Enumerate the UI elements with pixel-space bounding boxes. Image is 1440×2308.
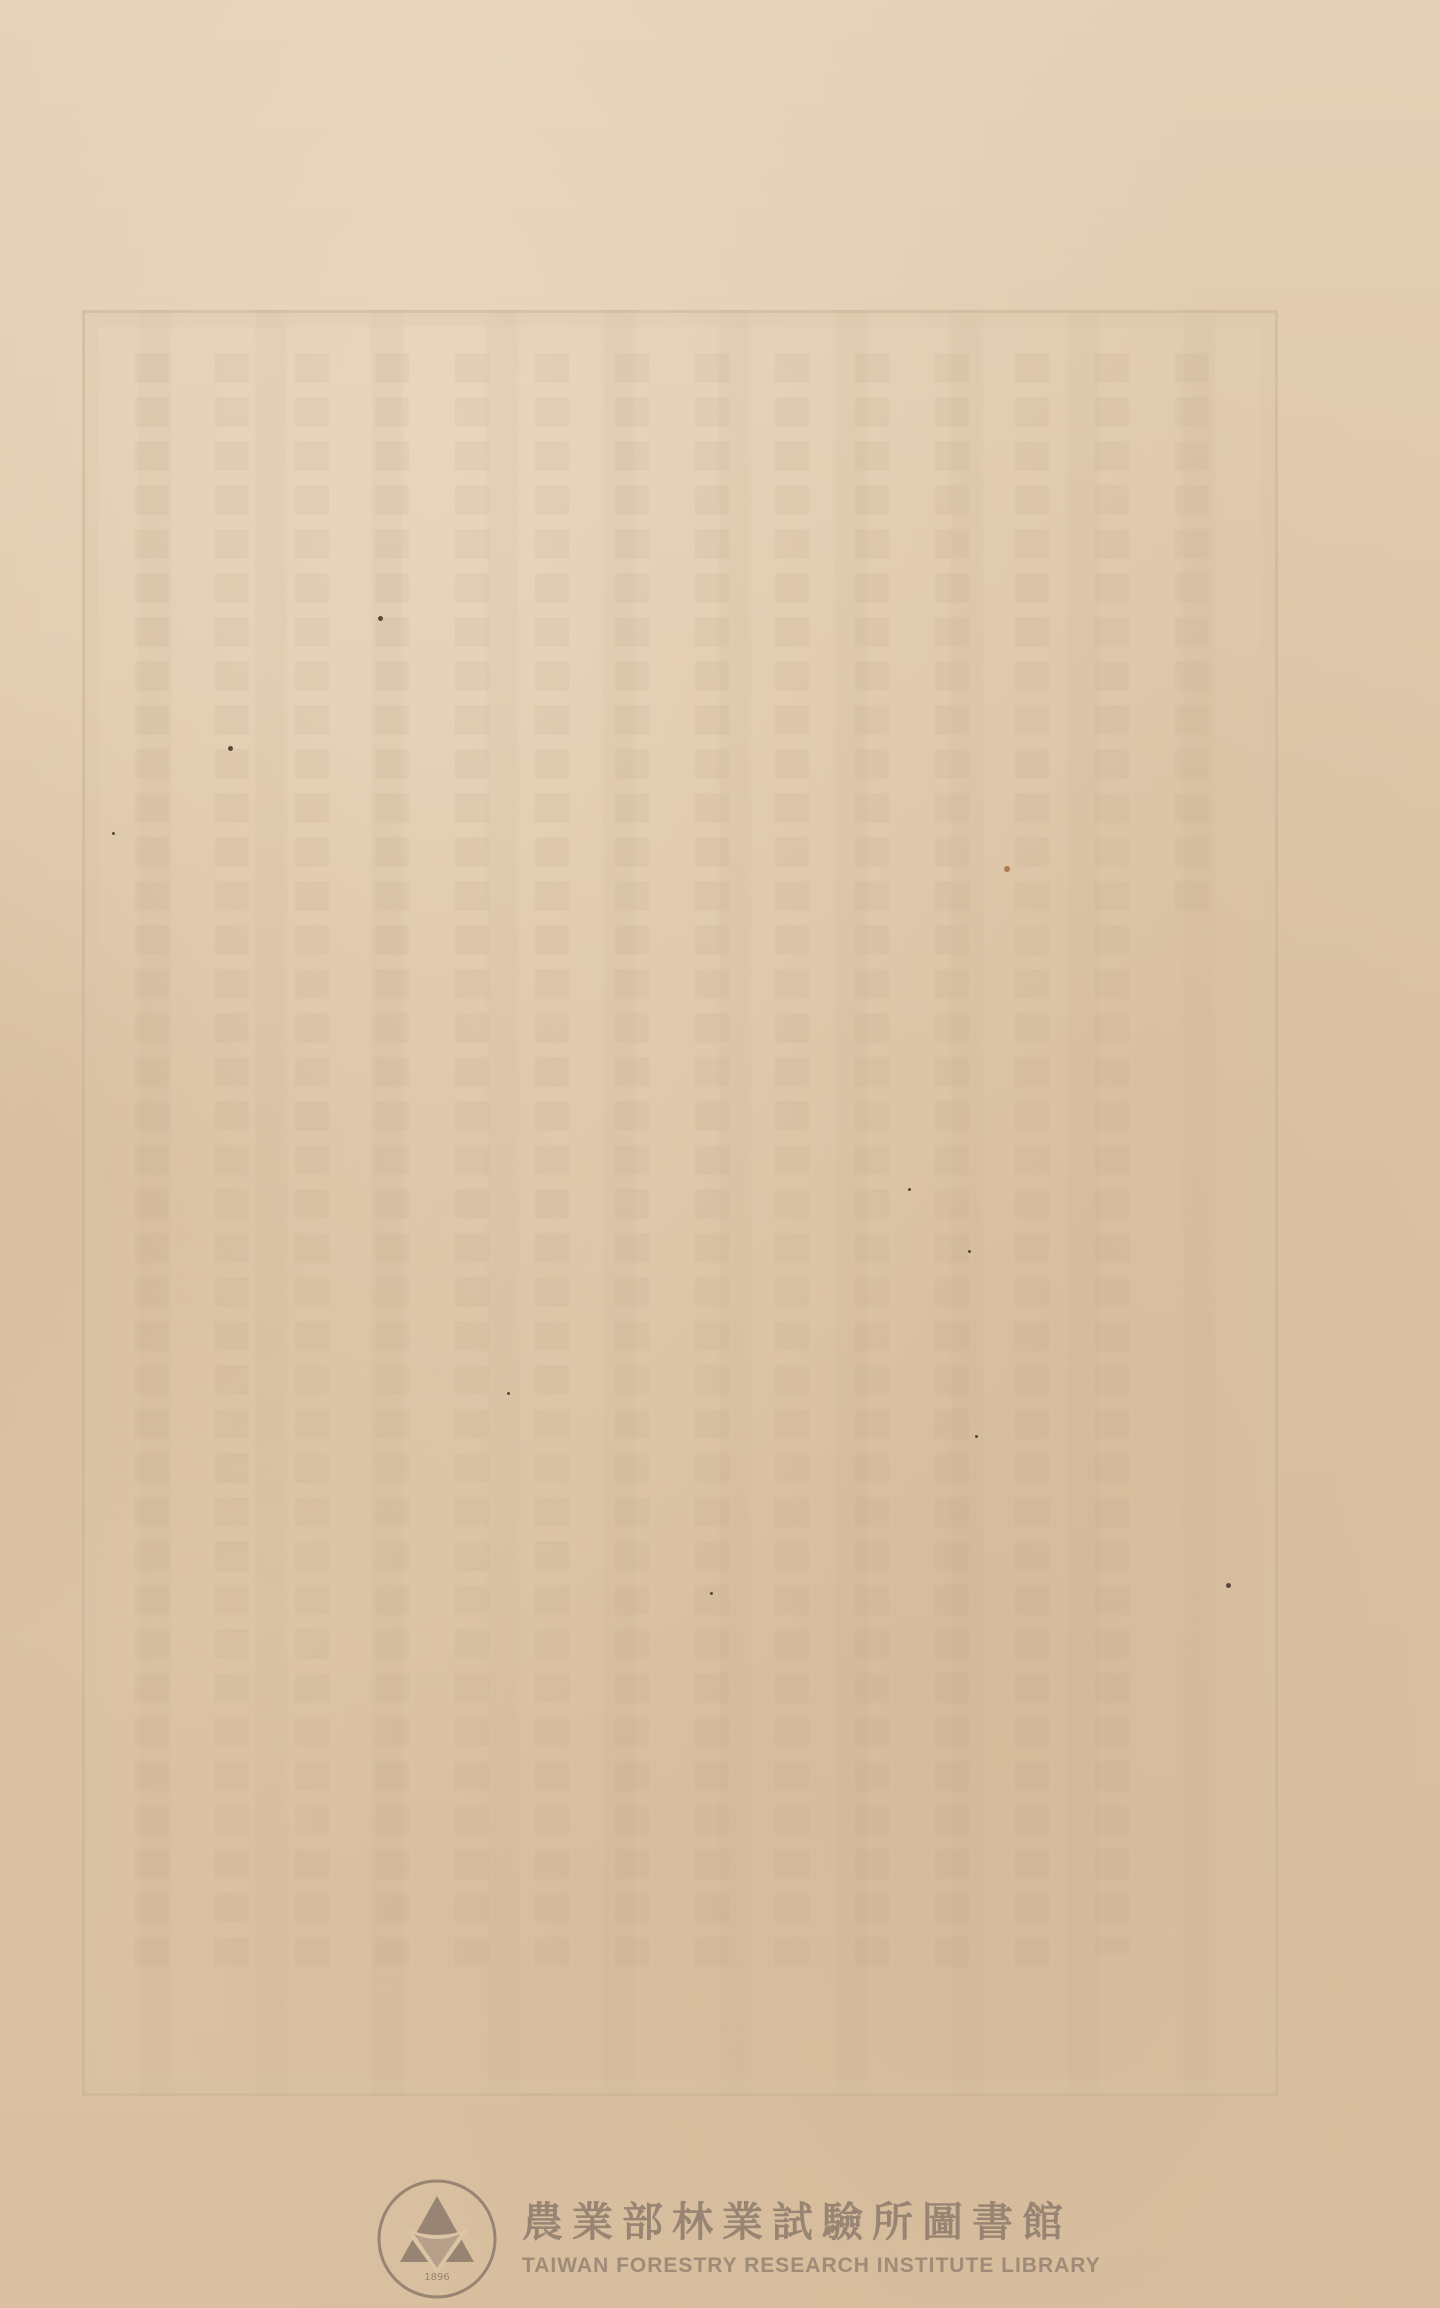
print-frame-border	[82, 310, 1278, 2096]
bleed-through-text-column	[615, 353, 649, 1973]
paper-speck	[975, 1435, 978, 1438]
library-watermark: 1896 農業部林業試驗所圖書館 TAIWAN FORESTRY RESEARC…	[374, 2176, 1101, 2302]
bleed-through-text-column	[935, 353, 969, 1973]
paper-speck	[228, 746, 233, 751]
library-name-en: TAIWAN FORESTRY RESEARCH INSTITUTE LIBRA…	[522, 2254, 1101, 2278]
bleed-through-text-column	[215, 353, 249, 1973]
paper-speck	[710, 1592, 713, 1595]
bleed-through-text-column	[375, 353, 409, 1973]
paper-speck	[908, 1188, 911, 1191]
svg-text:1896: 1896	[424, 2272, 449, 2283]
bleed-through-text-column	[1015, 353, 1049, 1973]
bleed-through-text-column	[455, 353, 489, 1973]
bleed-through-text-column	[855, 353, 889, 1973]
paper-speck	[378, 616, 383, 621]
forestry-institute-seal-icon: 1896	[374, 2176, 500, 2302]
paper-speck	[1004, 866, 1010, 872]
paper-speck	[968, 1250, 971, 1253]
bleed-through-text-column	[295, 353, 329, 1973]
bleed-through-text-column	[1095, 353, 1129, 1953]
paper-speck	[112, 832, 115, 835]
bleed-through-text-column	[695, 353, 729, 1973]
bleed-through-text-column	[535, 353, 569, 1973]
paper-speck	[1226, 1583, 1231, 1588]
bleed-through-text-column	[775, 353, 809, 1973]
library-name-zh: 農業部林業試驗所圖書館	[522, 2200, 1101, 2245]
scanned-page: 1896 農業部林業試驗所圖書館 TAIWAN FORESTRY RESEARC…	[0, 0, 1440, 2308]
bleed-through-text-column	[135, 353, 169, 1973]
paper-speck	[507, 1392, 510, 1395]
watermark-text: 農業部林業試驗所圖書館 TAIWAN FORESTRY RESEARCH INS…	[522, 2200, 1101, 2277]
bleed-through-text-column	[1175, 353, 1209, 913]
